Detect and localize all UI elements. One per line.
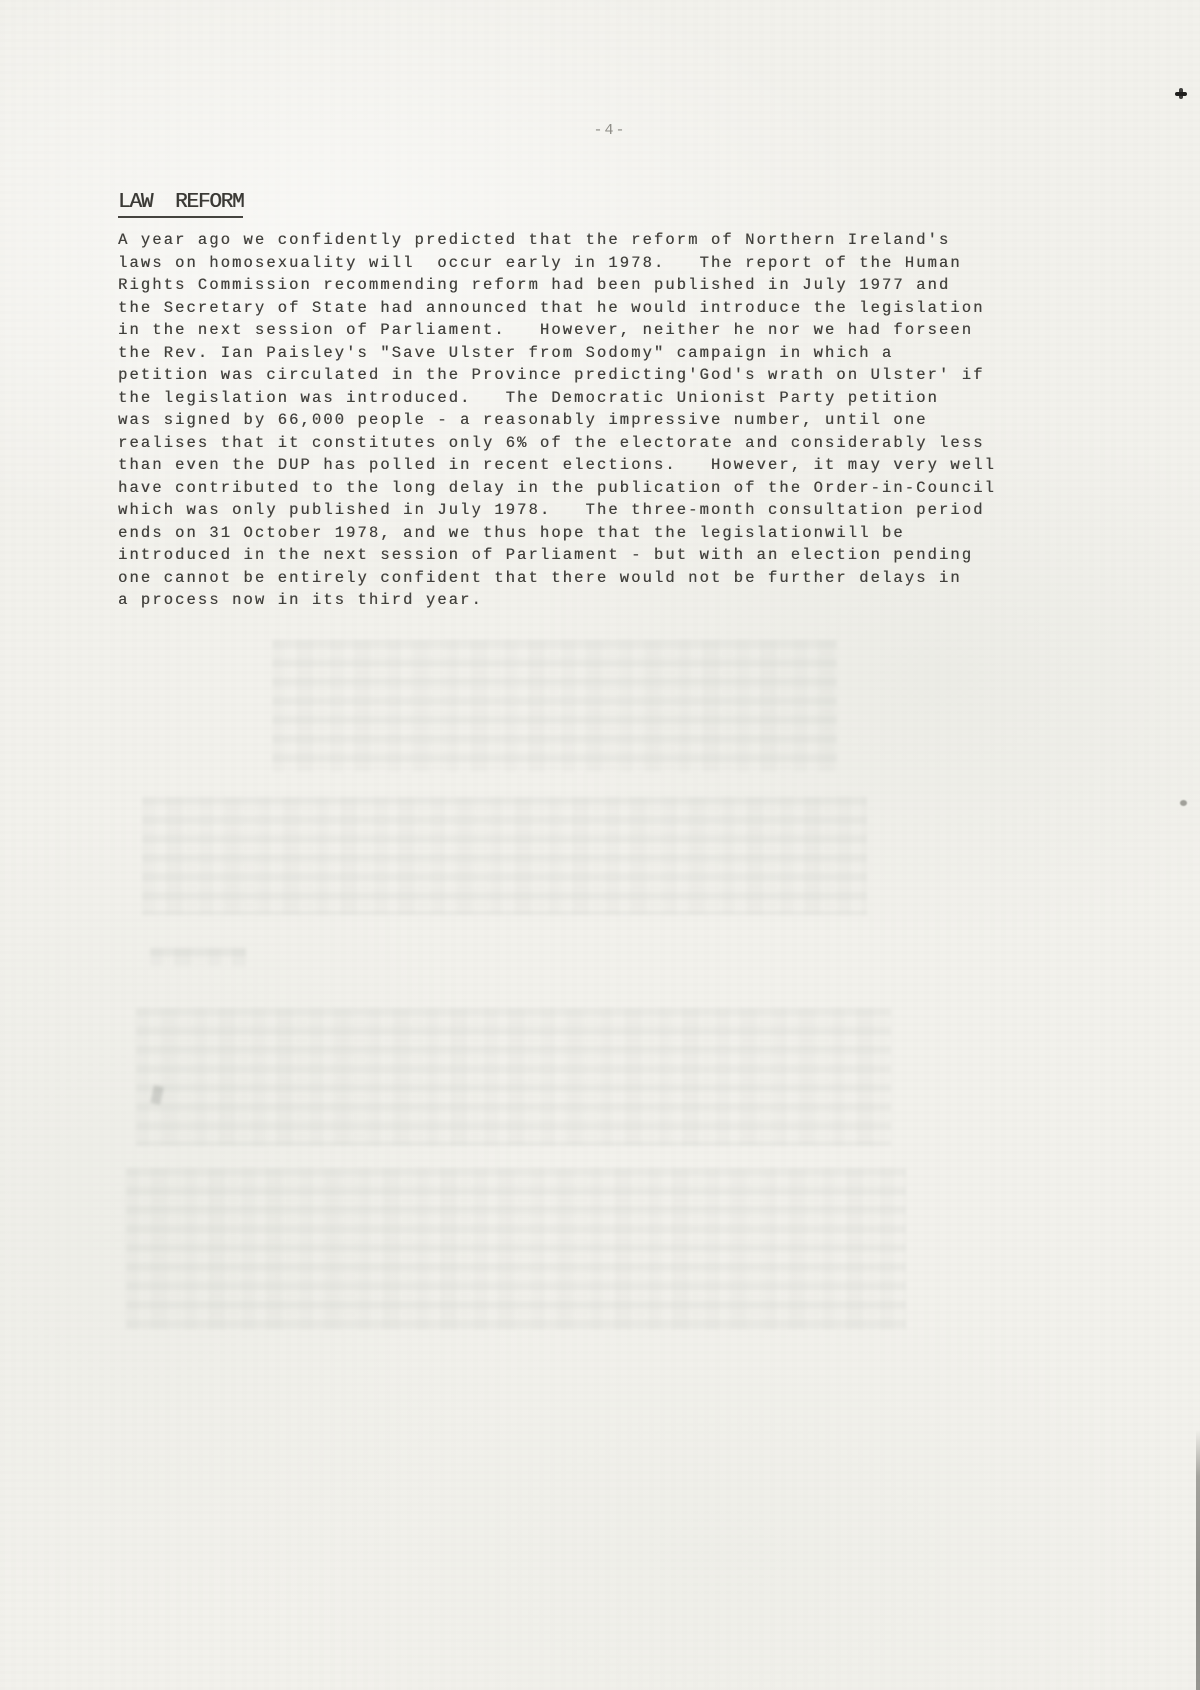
text-line: the legislation was introduced. The Demo… <box>118 387 1058 410</box>
text-line: which was only published in July 1978. T… <box>118 499 1058 522</box>
text-line: Rights Commission recommending reform ha… <box>118 274 1058 297</box>
text-line: the Secretary of State had announced tha… <box>118 297 1058 320</box>
text-line: laws on homosexuality will occur early i… <box>118 252 1058 275</box>
showthrough-text-block <box>142 797 867 915</box>
ink-speck <box>1174 88 1188 100</box>
page-number: -4- <box>570 122 650 139</box>
showthrough-text-block <box>126 1168 906 1330</box>
showthrough-text-block <box>272 640 837 772</box>
text-line: realises that it constitutes only 6% of … <box>118 432 1058 455</box>
text-line: have contributed to the long delay in th… <box>118 477 1058 500</box>
text-line: a process now in its third year. <box>118 589 1058 612</box>
text-line: A year ago we confidently predicted that… <box>118 229 1058 252</box>
text-line: in the next session of Parliament. Howev… <box>118 319 1058 342</box>
text-line: ends on 31 October 1978, and we thus hop… <box>118 522 1058 545</box>
text-line: than even the DUP has polled in recent e… <box>118 454 1058 477</box>
showthrough-text-block <box>136 1008 891 1146</box>
text-line: the Rev. Ian Paisley's "Save Ulster from… <box>118 342 1058 365</box>
body-paragraph: A year ago we confidently predicted that… <box>118 229 1058 612</box>
text-line: one cannot be entirely confident that th… <box>118 567 1058 590</box>
scanned-document-page: -4- LAW REFORM A year ago we confidently… <box>0 0 1200 1690</box>
ink-speck <box>1180 800 1187 806</box>
scan-edge-shadow <box>1196 1430 1200 1690</box>
text-line: petition was circulated in the Province … <box>118 364 1058 387</box>
section-heading: LAW REFORM <box>118 192 243 218</box>
text-line: introduced in the next session of Parlia… <box>118 544 1058 567</box>
text-line: was signed by 66,000 people - a reasonab… <box>118 409 1058 432</box>
showthrough-heading-fragment <box>150 948 246 966</box>
